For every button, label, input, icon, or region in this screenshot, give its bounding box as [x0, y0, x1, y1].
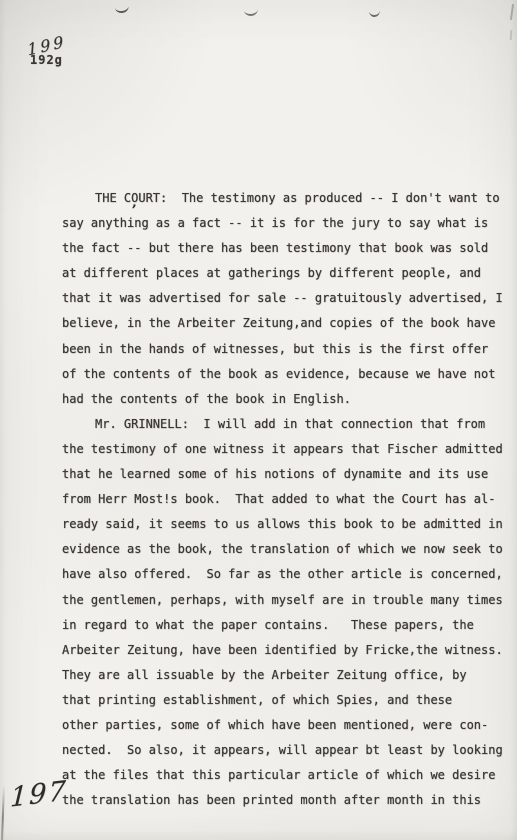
- transcript-line: They are all issuable by the Arbeiter Ze…: [62, 663, 510, 688]
- transcript-line: at the files that this particular articl…: [62, 763, 510, 788]
- edge-smudge-mark: [510, 4, 514, 20]
- transcript-line: that he learned some of his notions of d…: [62, 462, 510, 487]
- transcript-line: evidence as the book, the translation of…: [62, 537, 510, 562]
- transcript-line: that printing establishment, of which Sp…: [62, 688, 510, 713]
- transcript-line: the fact -- but there has been testimony…: [62, 236, 510, 261]
- transcript-line: had the contents of the book in English.: [62, 387, 510, 412]
- transcript-line: that it was advertised for sale -- gratu…: [62, 286, 510, 311]
- transcript-line: believe, in the Arbeiter Zeitung,and cop…: [62, 311, 510, 336]
- transcript-line: the translation has been printed month a…: [62, 788, 510, 813]
- transcript-line: Mr. GRINNELL: I will add in that connect…: [62, 412, 510, 437]
- transcript-line: at different places at gatherings by dif…: [62, 261, 510, 286]
- transcript-line: been in the hands of witnesses, but this…: [62, 337, 510, 362]
- transcript-line: the testimony of one witness it appears …: [62, 437, 510, 462]
- transcript-line: in regard to what the paper contains. Th…: [62, 613, 510, 638]
- transcript-lines: THE COURT: The testimony as produced -- …: [62, 186, 510, 813]
- edge-smudge-mark: [509, 30, 511, 40]
- handwritten-page-number-bottom: 197: [9, 775, 68, 813]
- document-page: 199 192g THE COURT: The testimony as pro…: [0, 0, 517, 840]
- transcript-line: from Herr Most!s book. That added to wha…: [62, 487, 510, 512]
- typed-page-number: 192g: [30, 53, 63, 67]
- transcript-line: nected. So also, it appears, will appear…: [62, 738, 510, 763]
- transcript-line: other parties, some of which have been m…: [62, 713, 510, 738]
- transcript-line: ready said, it seems to us allows this b…: [62, 512, 510, 537]
- transcript-line: the gentlemen, perhaps, with myself are …: [62, 588, 510, 613]
- check-mark-icon: [244, 6, 259, 16]
- transcript-line: of the contents of the book as evidence,…: [62, 362, 510, 387]
- page-edge-shadow: [1, 785, 5, 840]
- transcript-line: have also offered. So far as the other a…: [62, 562, 510, 587]
- check-mark-icon: [114, 3, 129, 14]
- check-mark-icon: [369, 8, 380, 18]
- transcript-line: Arbeiter Zeitung, have been identified b…: [62, 638, 510, 663]
